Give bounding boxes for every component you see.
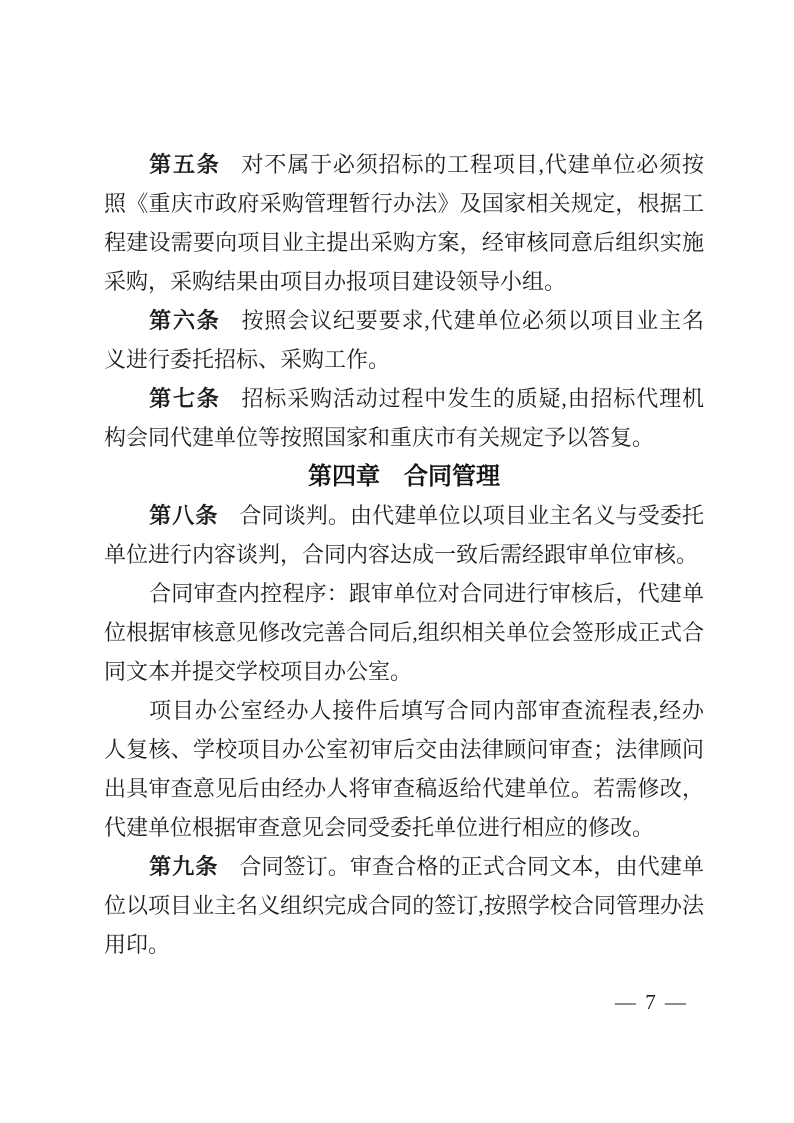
article-7-number: 第七条 bbox=[149, 386, 221, 411]
article-5-number: 第五条 bbox=[149, 152, 221, 177]
paragraph-project-office-process: 项目办公室经办人接件后填写合同内部审查流程表,经办人复核、学校项目办公室初审后交… bbox=[104, 691, 704, 847]
article-9-number: 第九条 bbox=[149, 854, 218, 879]
page-number: — 7 — bbox=[615, 990, 688, 1014]
article-8-number: 第八条 bbox=[149, 503, 218, 528]
paragraph-article-8: 第八条合同谈判。由代建单位以项目业主名义与受委托单位进行内容谈判，合同内容达成一… bbox=[104, 496, 704, 574]
paragraph-article-5: 第五条对不属于必须招标的工程项目,代建单位必须按照《重庆市政府采购管理暂行办法》… bbox=[104, 145, 704, 301]
paragraph-article-7: 第七条招标采购活动过程中发生的质疑,由招标代理机构会同代建单位等按照国家和重庆市… bbox=[104, 379, 704, 457]
article-6-number: 第六条 bbox=[149, 308, 221, 333]
chapter-4-heading: 第四章 合同管理 bbox=[104, 457, 704, 496]
document-page: 第五条对不属于必须招标的工程项目,代建单位必须按照《重庆市政府采购管理暂行办法》… bbox=[0, 0, 794, 1123]
paragraph-article-9: 第九条合同签订。审查合格的正式合同文本，由代建单位以项目业主名义组织完成合同的签… bbox=[104, 847, 704, 964]
paragraph-contract-review-procedure: 合同审查内控程序：跟审单位对合同进行审核后，代建单位根据审核意见修改完善合同后,… bbox=[104, 574, 704, 691]
document-content: 第五条对不属于必须招标的工程项目,代建单位必须按照《重庆市政府采购管理暂行办法》… bbox=[104, 145, 704, 964]
paragraph-article-6: 第六条按照会议纪要要求,代建单位必须以项目业主名义进行委托招标、采购工作。 bbox=[104, 301, 704, 379]
